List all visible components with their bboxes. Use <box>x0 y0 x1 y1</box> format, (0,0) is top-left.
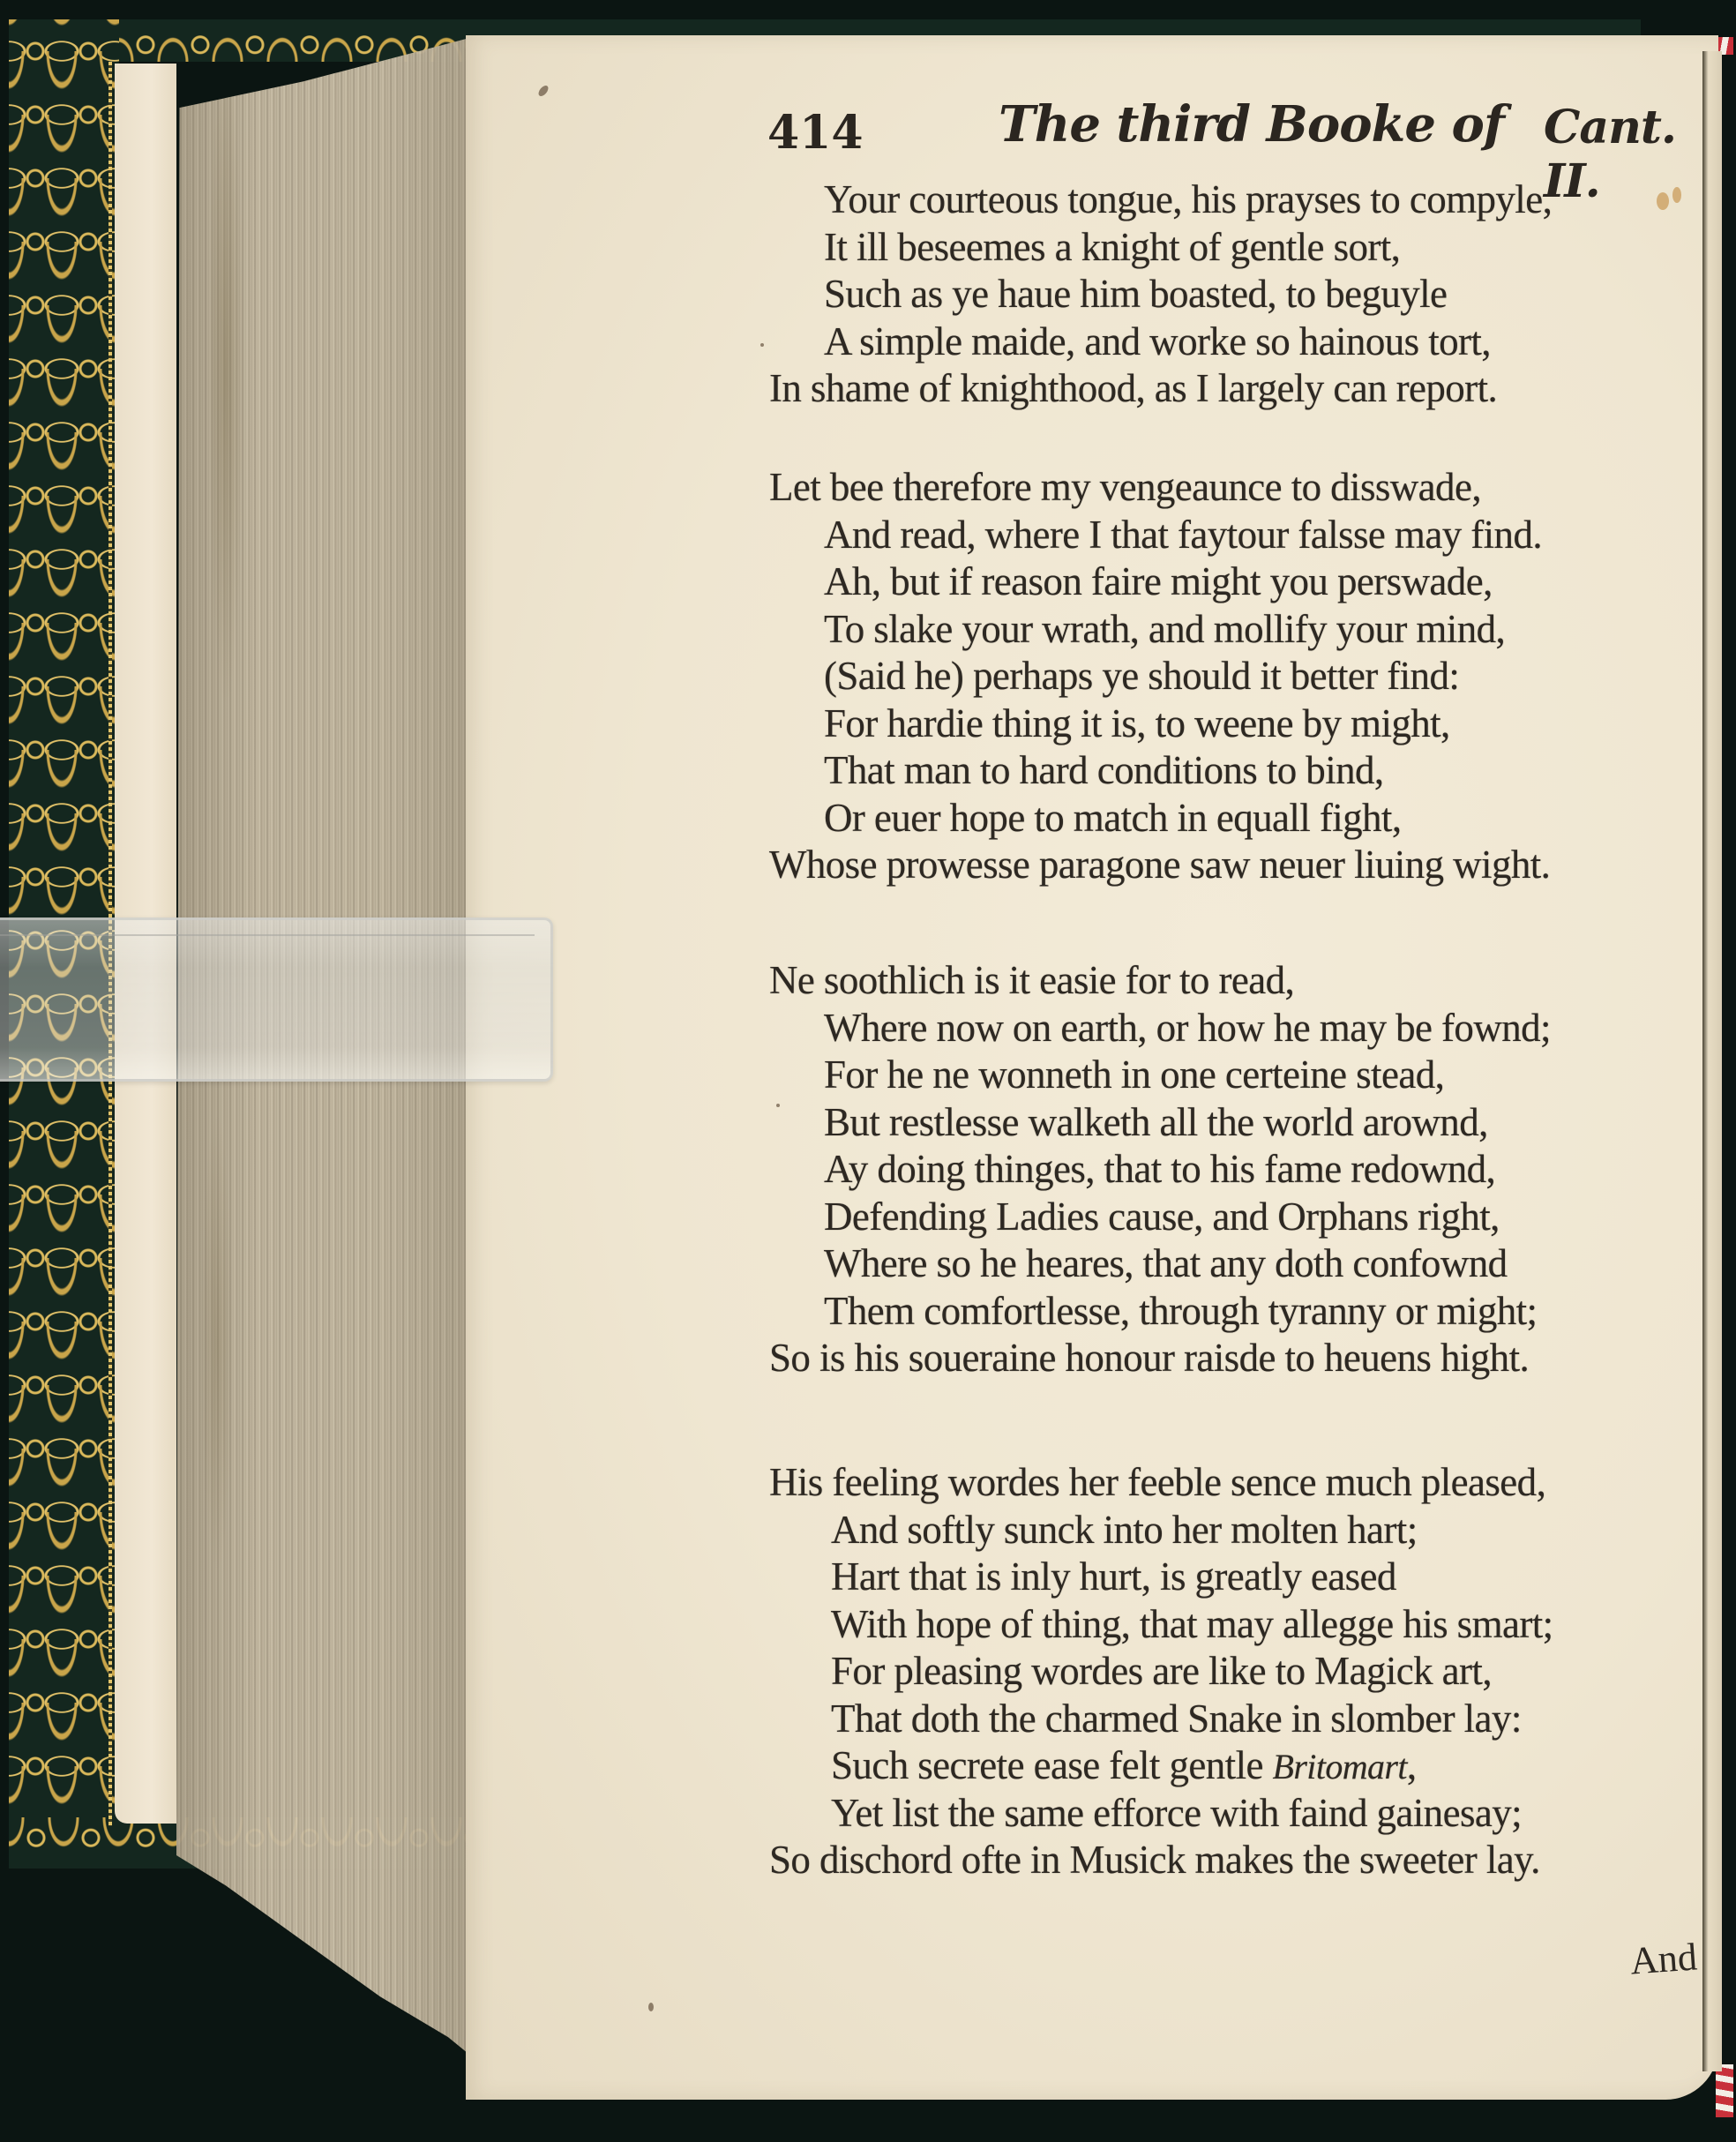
verse-line-alexandrine: In shame of knighthood, as I largely can… <box>769 365 1695 413</box>
verse-line: That man to hard conditions to bind, <box>769 747 1695 795</box>
verse-line: Yet list the same efforce with faind gai… <box>769 1790 1695 1838</box>
gutter-next-page <box>1702 51 1722 2071</box>
plastic-page-clip <box>0 917 553 1082</box>
verse-line: For he ne wonneth in one certeine stead, <box>769 1052 1695 1099</box>
verse-line: And softly sunck into her molten hart; <box>769 1507 1695 1554</box>
catchword: And <box>1628 1934 1698 1983</box>
verse-line: That doth the charmed Snake in slomber l… <box>769 1696 1695 1743</box>
verse-line: Ay doing thinges, that to his fame redow… <box>769 1146 1695 1194</box>
verse-line-first: Let bee therefore my vengeaunce to dissw… <box>769 464 1695 512</box>
verse-line-alexandrine: So dischord ofte in Musick makes the swe… <box>769 1837 1695 1884</box>
verse-text: Such secrete ease felt gentle <box>831 1743 1273 1787</box>
running-title: The third Booke of <box>999 95 1504 154</box>
stanza-1: Your courteous tongue, his prayses to co… <box>769 176 1695 413</box>
stanza-3: Ne soothlich is it easie for to read, Wh… <box>769 957 1695 1382</box>
verse-line: A simple maide, and worke so hainous tor… <box>769 318 1695 366</box>
verse-line: Hart that is inly hurt, is greatly eased <box>769 1554 1695 1601</box>
verse-line: But restlesse walketh all the world arow… <box>769 1099 1695 1147</box>
verse-line: Or euer hope to match in equall fight, <box>769 795 1695 843</box>
stanza-2: Let bee therefore my vengeaunce to dissw… <box>769 464 1695 889</box>
verse-line: Your courteous tongue, his prayses to co… <box>769 176 1695 224</box>
verse-line: Such as ye haue him boasted, to beguyle <box>769 271 1695 318</box>
headband-bottom <box>1716 2064 1733 2117</box>
verse-line: Them comfortlesse, through tyranny or mi… <box>769 1288 1695 1336</box>
verse-line-with-name: Such secrete ease felt gentle Britomart, <box>769 1742 1695 1790</box>
italic-name-britomart: Britomart <box>1273 1747 1407 1786</box>
verse-line: For pleasing wordes are like to Magick a… <box>769 1648 1695 1696</box>
verse-line-alexandrine: So is his soueraine honour raisde to heu… <box>769 1335 1695 1382</box>
verse-line: For hardie thing it is, to weene by migh… <box>769 700 1695 748</box>
page-number: 414 <box>767 106 864 160</box>
verse-line: It ill beseemes a knight of gentle sort, <box>769 224 1695 272</box>
page-header: 414 The third Booke of Cant. II. <box>767 99 1685 161</box>
punctuation: , <box>1407 1743 1417 1787</box>
verse-line-first: Ne soothlich is it easie for to read, <box>769 957 1695 1005</box>
verse-line: To slake your wrath, and mollify your mi… <box>769 606 1695 654</box>
verse-line: And read, where I that faytour falsse ma… <box>769 512 1695 559</box>
verse-line: (Said he) perhaps ye should it better fi… <box>769 653 1695 700</box>
ink-speck <box>760 343 764 347</box>
verse-line: Ah, but if reason faire might you perswa… <box>769 558 1695 606</box>
stanza-4: His feeling wordes her feeble sence much… <box>769 1459 1695 1884</box>
ink-speck <box>648 2003 654 2011</box>
verse-line: Where now on earth, or how he may be fow… <box>769 1005 1695 1052</box>
verse-line: Where so he heares, that any doth confow… <box>769 1240 1695 1288</box>
verse-line: With hope of thing, that may allegge his… <box>769 1601 1695 1649</box>
verse-line-first: His feeling wordes her feeble sence much… <box>769 1459 1695 1507</box>
verse-line-alexandrine: Whose prowesse paragone saw neuer liuing… <box>769 842 1695 889</box>
verse-line: Defending Ladies cause, and Orphans righ… <box>769 1194 1695 1241</box>
